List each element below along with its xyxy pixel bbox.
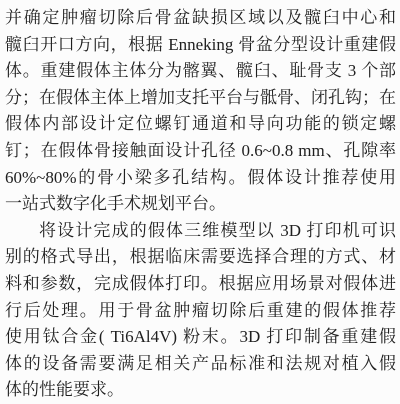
text-line: 并确定肿瘤切除后骨盆缺损区域以及髋臼中心和 <box>5 5 396 32</box>
text-line: 体的性能要求。 <box>5 377 396 404</box>
text-line: 使用钛合金( Ti6Al4V) 粉末。3D 打印制备重建假 <box>5 324 396 351</box>
text-line: 行后处理。用于骨盆肿瘤切除后重建的假体推荐 <box>5 298 396 325</box>
text-line: 体的设备需要满足相关产品标准和法规对植入假 <box>5 351 396 378</box>
text-line: 钉；在假体骨接触面设计孔径 0.6~0.8 mm、孔隙率 <box>5 138 396 165</box>
text-line: 料和参数，完成假体打印。根据应用场景对假体进 <box>5 271 396 298</box>
text-line: 别的格式导出，根据临床需要选择合理的方式、材 <box>5 244 396 271</box>
text-line: 分；在假体主体上增加支托平台与骶骨、闭孔钩；在 <box>5 85 396 112</box>
document-page: 并确定肿瘤切除后骨盆缺损区域以及髋臼中心和髋臼开口方向，根据 Enneking … <box>0 0 400 404</box>
text-line: 髋臼开口方向，根据 Enneking 骨盆分型设计重建假 <box>5 32 396 59</box>
text-line: 将设计完成的假体三维模型以 3D 打印机可识 <box>5 218 396 245</box>
text-line: 60%~80%的骨小梁多孔结构。假体设计推荐使用 <box>5 165 396 192</box>
text-line: 体。重建假体主体分为髂翼、髋臼、耻骨支 3 个部 <box>5 58 396 85</box>
text-line: 假体内部设计定位螺钉通道和导向功能的锁定螺 <box>5 111 396 138</box>
text-line: 一站式数字化手术规划平台。 <box>5 191 396 218</box>
body-text: 并确定肿瘤切除后骨盆缺损区域以及髋臼中心和髋臼开口方向，根据 Enneking … <box>5 5 396 404</box>
